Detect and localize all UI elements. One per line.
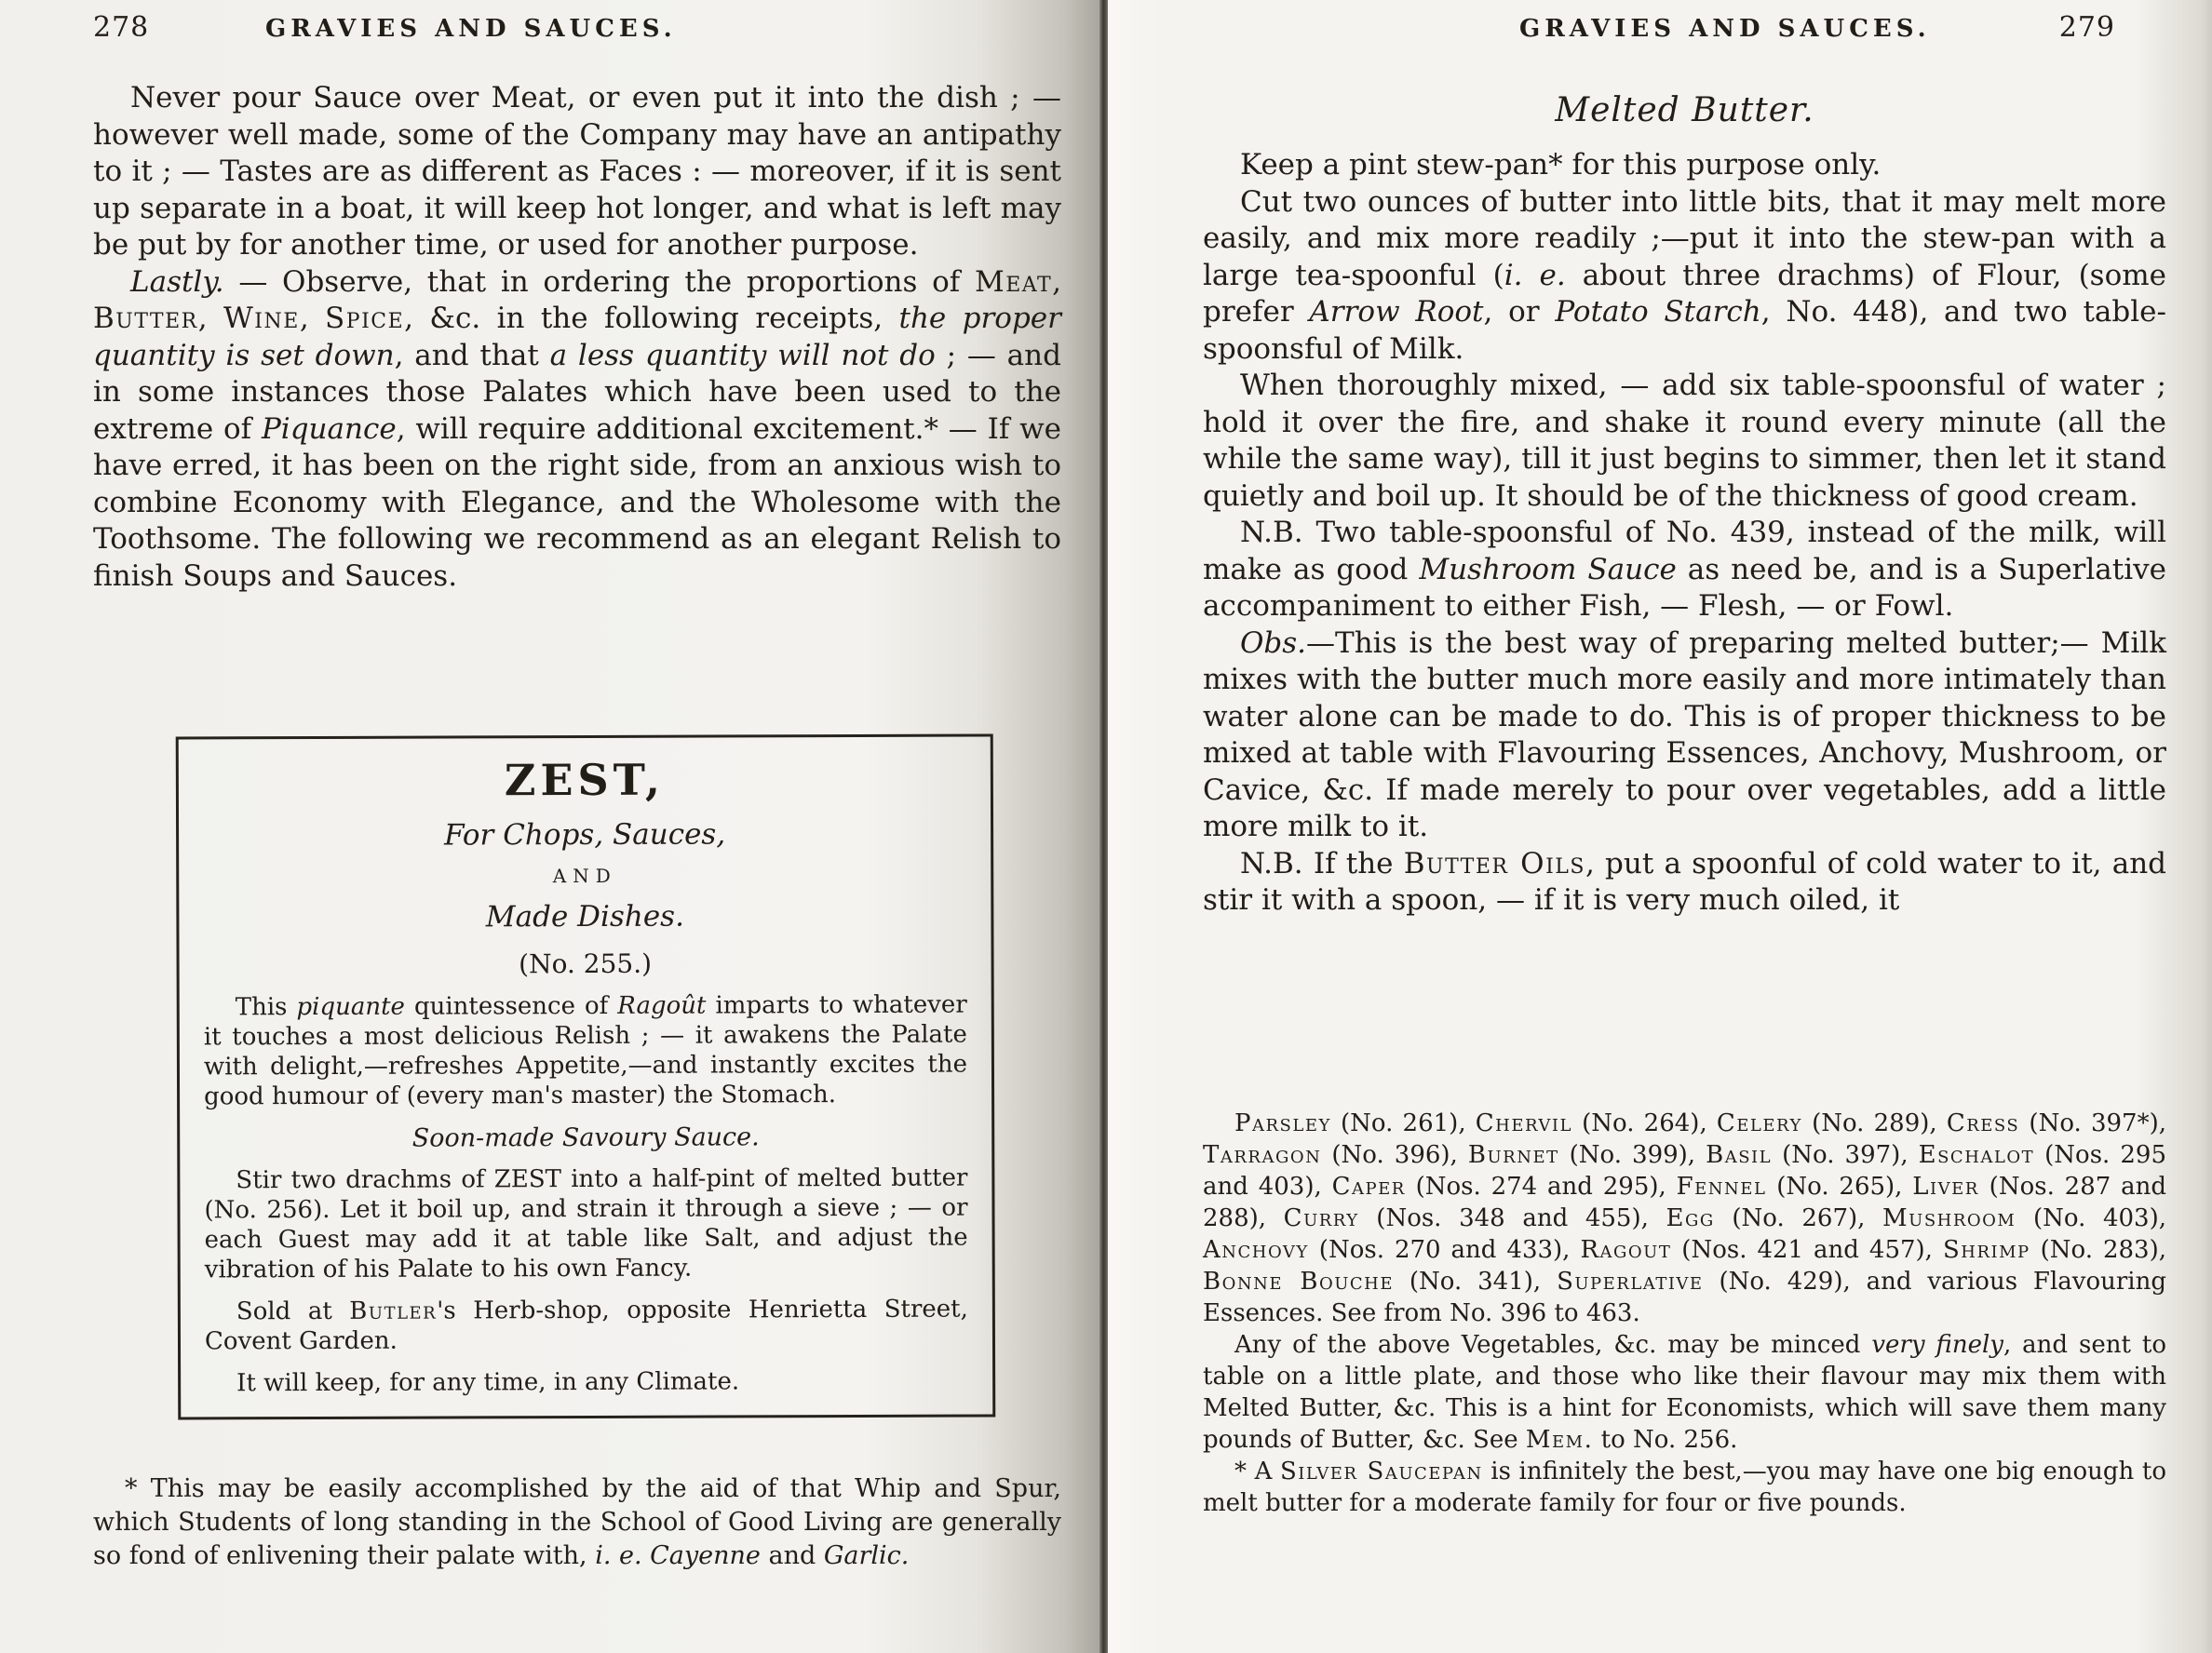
page-right: GRAVIES AND SAUCES. 279 Melted Butter. K… — [1108, 0, 2212, 1653]
savoury-sauce-directions: Stir two drachms of ZEST into a half-pin… — [204, 1163, 967, 1285]
footnote-right: Parsley (No. 261), Chervil (No. 264), Ce… — [1203, 1108, 2166, 1519]
page-number-right: 279 — [2059, 11, 2115, 44]
page-number-left: 278 — [93, 11, 149, 44]
zest-and-word: AND — [203, 864, 966, 889]
sold-at-line: Sold at Butler's Herb-shop, opposite Hen… — [205, 1295, 968, 1357]
zest-receipt-number: (No. 255.) — [204, 947, 967, 981]
zest-title: ZEST, — [203, 754, 966, 807]
paragraph-nb-butter-oils: N.B. If the Butter Oils, put a spoonful … — [1203, 846, 2166, 920]
footnote-flavouring-list: Parsley (No. 261), Chervil (No. 264), Ce… — [1203, 1108, 2166, 1329]
zest-subtitle-chops: For Chops, Sauces, — [203, 817, 966, 853]
running-head-left: GRAVIES AND SAUCES. — [265, 15, 677, 43]
zest-description: This piquante quintessence of Ragoût imp… — [204, 990, 967, 1112]
page-right-column: GRAVIES AND SAUCES. 279 Melted Butter. K… — [1203, 0, 2166, 1653]
paragraph-when-mixed: When thoroughly mixed, — add six table-s… — [1203, 368, 2166, 515]
savoury-sauce-heading: Soon-made Savoury Sauce. — [204, 1122, 967, 1154]
footnote-left-text: * This may be easily accomplished by the… — [93, 1472, 1061, 1573]
footnote-minced-vegetables: Any of the above Vegetables, &c. may be … — [1203, 1329, 2166, 1456]
page-left: 278 GRAVIES AND SAUCES. Never pour Sauce… — [0, 0, 1108, 1653]
keep-line: It will keep, for any time, in any Clima… — [205, 1366, 968, 1399]
page-left-column: 278 GRAVIES AND SAUCES. Never pour Sauce… — [93, 0, 1061, 1653]
footnote-silver-saucepan: * A Silver Saucepan is infinitely the be… — [1203, 1456, 2166, 1519]
page-right-body: Keep a pint stew-pan* for this purpose o… — [1203, 147, 2166, 920]
zest-advertisement-box: ZEST, For Chops, Sauces, AND Made Dishes… — [176, 733, 996, 1419]
page-left-body: Never pour Sauce over Meat, or even put … — [93, 80, 1061, 595]
paragraph-never-pour-sauce: Never pour Sauce over Meat, or even put … — [93, 80, 1061, 264]
footnote-left: * This may be easily accomplished by the… — [93, 1472, 1061, 1573]
paragraph-lastly-observe: Lastly. — Observe, that in ordering the … — [93, 264, 1061, 596]
paragraph-cut-butter: Cut two ounces of butter into little bit… — [1203, 184, 2166, 369]
zest-subtitle-made-dishes: Made Dishes. — [203, 899, 966, 935]
paragraph-obs-best-way: Obs.—This is the best way of preparing m… — [1203, 625, 2166, 846]
recipe-title-melted-butter: Melted Butter. — [1203, 91, 2166, 129]
paragraph-keep-stew-pan: Keep a pint stew-pan* for this purpose o… — [1203, 147, 2166, 184]
paragraph-nb-mushroom: N.B. Two table-spoonsful of No. 439, ins… — [1203, 515, 2166, 625]
running-head-right: GRAVIES AND SAUCES. — [1519, 15, 1931, 43]
